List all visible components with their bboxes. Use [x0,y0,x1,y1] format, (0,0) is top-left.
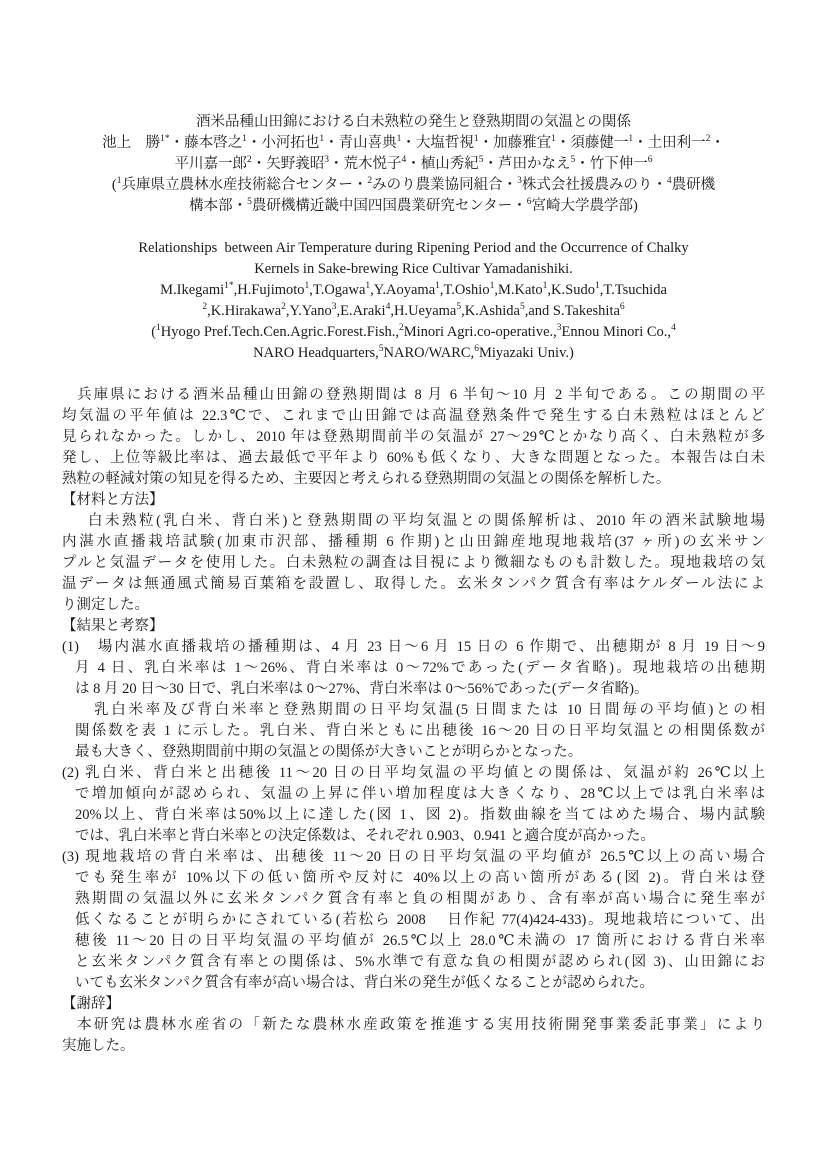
text-line: 温データは無通風式簡易百葉箱を設置し、取得した。玄米タンパク質含有率はケルダール… [62,574,765,595]
result-item-2: (2) 乳白米、背白米と出穂後 11～20 日の日平均気温の平均値との関係は、気… [62,763,765,847]
text-line: 関係数を表 1 に示した。乳白米、背白米ともに出穂後 16～20 日の日平均気温… [62,721,765,742]
spacer-2 [62,364,765,385]
text-line: 実施した。 [62,1036,765,1057]
text-line: り測定した。 [62,595,765,616]
text-line: 2,K.Hirakawa2,Y.Yano3,E.Araki4,H.Ueyama5… [62,301,765,322]
document-body: 酒米品種山田錦における白未熟粒の発生と登熟期間の気温との関係池上 勝1*・藤本啓… [62,112,765,1057]
methods: 白未熟粒(乳白米、背白米)と登熟期間の平均気温との関係解析は、2010 年の酒米… [62,511,765,616]
text-line: 池上 勝1*・藤本啓之1・小河拓也1・青山喜典1・大塩哲視1・加藤雅宜1・須藤健… [62,133,765,154]
text-line: 熟粒の軽減対策の知見を得るため、主要因と考えられる登熟期間の気温との関係を解析し… [62,469,765,490]
paper-page: 酒米品種山田錦における白未熟粒の発生と登熟期間の気温との関係池上 勝1*・藤本啓… [0,0,827,1170]
text-line: 白未熟粒(乳白米、背白米)と登熟期間の平均気温との関係解析は、2010 年の酒米… [62,511,765,532]
text-line: 発し、上位等級比率は、過去最低で平年より 60%も低くなり、大きな問題となった。… [62,448,765,469]
text-line: 20%以上、背白米率は50%以上に達した(図 1、図 2)。指数曲線を当てはめた… [62,805,765,826]
text-line: 【結果と考察】 [62,616,765,637]
text-line: 本研究は農林水産省の「新たな農林水産政策を推進する実用技術開発事業委託事業」によ… [62,1015,765,1036]
en-affiliations: (1Hyogo Pref.Tech.Cen.Agric.Forest.Fish.… [62,322,765,364]
text-line: (2) 乳白米、背白米と出穂後 11～20 日の日平均気温の平均値との関係は、気… [62,763,765,784]
text-line: 低くなることが明らかにされている(若松ら 2008 日作紀 77(4)424-4… [62,910,765,931]
text-line: (1兵庫県立農林水産技術総合センター・2みのり農業協同組合・3株式会社援農みのり… [62,175,765,196]
text-line: プルと気温データを使用した。白未熟粒の調査は目視により微細なものも計数した。現地… [62,553,765,574]
text-line: 月 4 日、乳白米率は 1～26%、背白米率は 0～72%であった(データ省略)… [62,658,765,679]
text-line: (1Hyogo Pref.Tech.Cen.Agric.Forest.Fish.… [62,322,765,343]
text-line: 酒米品種山田錦における白未熟粒の発生と登熟期間の気温との関係 [62,112,765,133]
text-line: で増加傾向が認められ、気温の上昇に伴い増加程度は大きくなり、28℃以上では乳白米… [62,784,765,805]
text-line: でも発生率が 10%以下の低い箇所や反対に 40%以上の高い箇所がある(図 2)… [62,868,765,889]
acknowledgements-heading: 【謝辞】 [62,994,765,1015]
results-heading: 【結果と考察】 [62,616,765,637]
text-line: 乳白米率及び背白米率と登熟期間の日平均気温(5 日間または 10 日間毎の平均値… [62,700,765,721]
en-authors: M.Ikegami1*,H.Fujimoto1,T.Ogawa1,Y.Aoyam… [62,280,765,322]
text-line: M.Ikegami1*,H.Fujimoto1,T.Ogawa1,Y.Aoyam… [62,280,765,301]
text-line: NARO Headquarters,5NARO/WARC,6Miyazaki U… [62,343,765,364]
result-item-1: (1) 場内湛水直播栽培の播種期は、4 月 23 日～6 月 15 日の 6 作… [62,637,765,763]
text-line: 見られなかった。しかし、2010 年は登熟期間前半の気温が 27～29℃とかなり… [62,427,765,448]
text-line: 平川嘉一郎2・矢野義昭3・荒木悦子4・植山秀紀5・芦田かなえ5・竹下伸一6 [62,154,765,175]
jp-authors: 池上 勝1*・藤本啓之1・小河拓也1・青山喜典1・大塩哲視1・加藤雅宜1・須藤健… [62,133,765,175]
text-line: 熟期間の気温以外に玄米タンパク質含有率と負の相関があり、含有率が高い場合に発生率… [62,889,765,910]
en-title: Relationships between Air Temperature du… [62,238,765,280]
text-line: では、乳白米率と背白米率との決定係数は、それぞれ 0.903、0.941 と適合… [62,826,765,847]
text-line: 【謝辞】 [62,994,765,1015]
text-line: 穂後 11～20 日の日平均気温の平均値が 26.5℃以上 28.0℃未満の 1… [62,931,765,952]
result-item-3: (3) 現地栽培の背白米率は、出穂後 11～20 日の日平均気温の平均値が 26… [62,847,765,994]
methods-heading: 【材料と方法】 [62,490,765,511]
abstract: 兵庫県における酒米品種山田錦の登熟期間は 8 月 6 半旬～10 月 2 半旬で… [62,385,765,490]
text-line: 【材料と方法】 [62,490,765,511]
text-line: 兵庫県における酒米品種山田錦の登熟期間は 8 月 6 半旬～10 月 2 半旬で… [62,385,765,406]
text-line: Kernels in Sake-brewing Rice Cultivar Ya… [62,259,765,280]
text-line: 内湛水直播栽培試験(加東市沢部、播種期 6 作期)と山田錦産地現地栽培(37 ヶ… [62,532,765,553]
text-line: 最も大きく、登熟期間前中期の気温との関係が大きいことが明らかとなった。 [62,742,765,763]
text-line: いても玄米タンパク質含有率が高い場合は、背白米の発生が低くなることが認められた。 [62,973,765,994]
text-line: (3) 現地栽培の背白米率は、出穂後 11～20 日の日平均気温の平均値が 26… [62,847,765,868]
acknowledgements: 本研究は農林水産省の「新たな農林水産政策を推進する実用技術開発事業委託事業」によ… [62,1015,765,1057]
text-line: Relationships between Air Temperature du… [62,238,765,259]
text-line: と玄米タンパク質含有率との関係は、5%水準で有意な負の相関が認められ(図 3)、… [62,952,765,973]
jp-title: 酒米品種山田錦における白未熟粒の発生と登熟期間の気温との関係 [62,112,765,133]
spacer-1 [62,217,765,238]
jp-affiliations: (1兵庫県立農林水産技術総合センター・2みのり農業協同組合・3株式会社援農みのり… [62,175,765,217]
text-line: は 8 月 20 日～30 日で、乳白米率は 0～27%、背白米率は 0～56%… [62,679,765,700]
text-line: 均気温の平年値は 22.3℃で、これまで山田錦では高温登熟条件で発生する白未熟粒… [62,406,765,427]
text-line: 構本部・5農研機構近畿中国四国農業研究センター・6宮崎大学農学部) [62,196,765,217]
text-line: (1) 場内湛水直播栽培の播種期は、4 月 23 日～6 月 15 日の 6 作… [62,637,765,658]
